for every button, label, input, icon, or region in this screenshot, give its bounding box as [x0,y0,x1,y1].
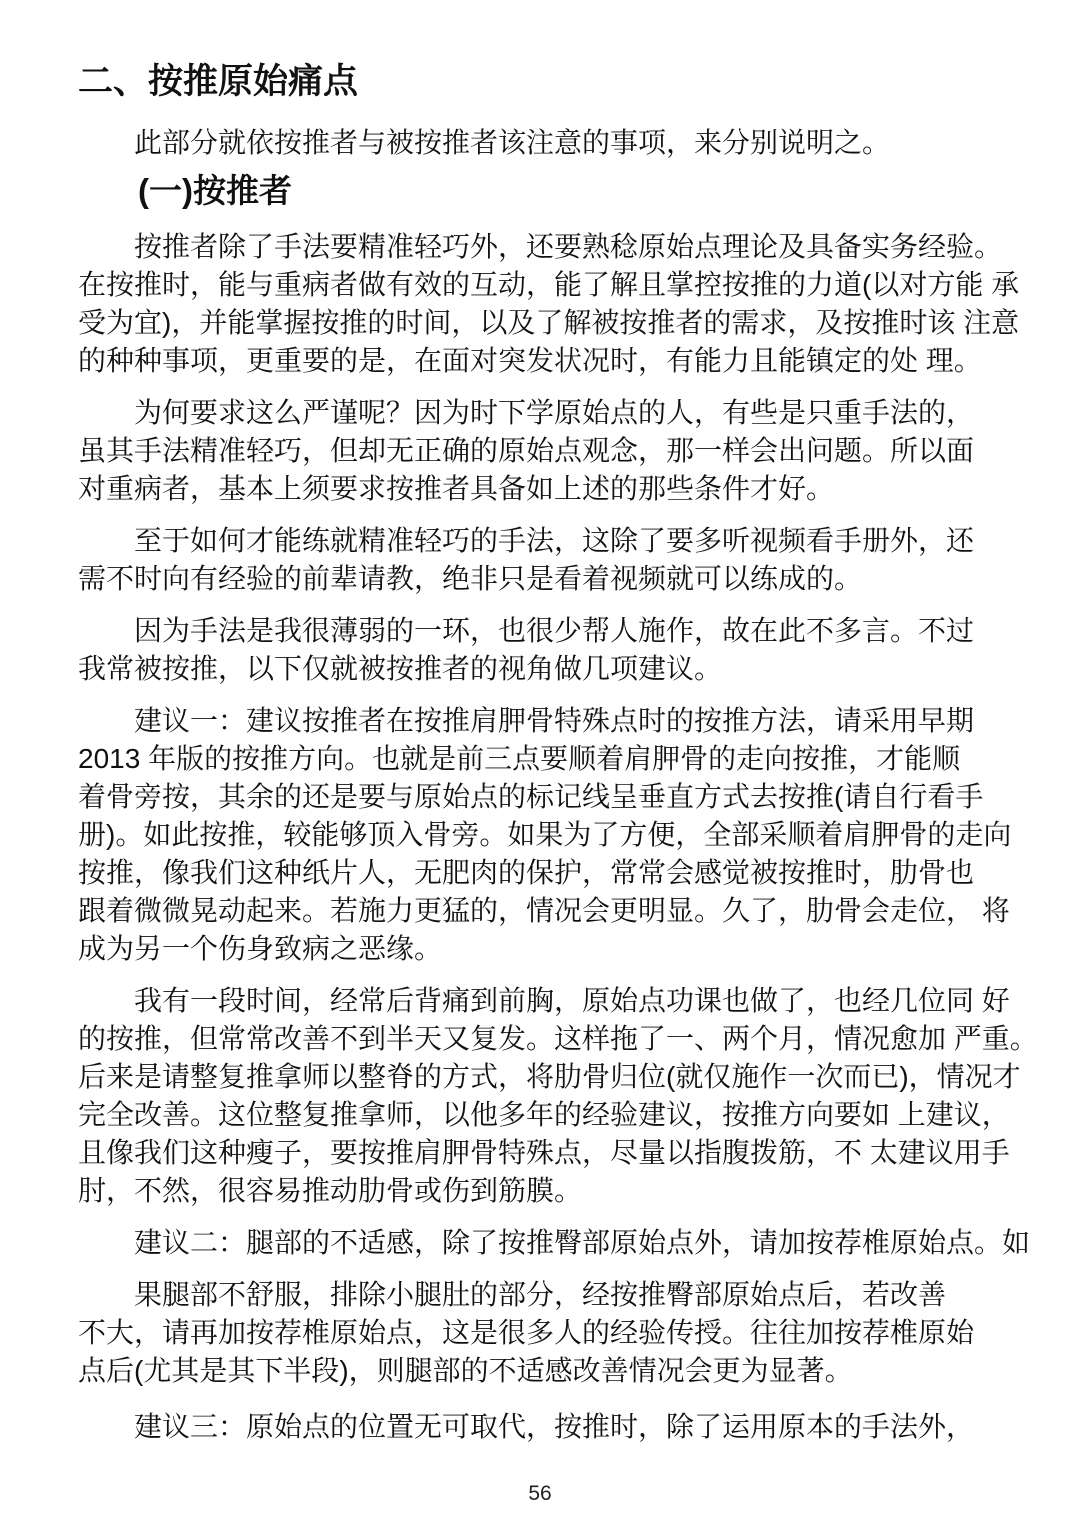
page-number: 56 [0,1482,1080,1506]
text-line: 成为另一个伤身致病之恶缘。 [78,930,1056,968]
text-line: 建议一：建议按推者在按推肩胛骨特殊点时的按推方法，请采用早期 [78,702,1056,740]
text-line: 着骨旁按，其余的还是要与原始点的标记线呈垂直方式去按推(请自行看手 [78,778,1056,816]
text-line: 按推，像我们这种纸片人，无肥肉的保护，常常会感觉被按推时，肋骨也 [78,854,1056,892]
text-line: 2013 年版的按推方向。也就是前三点要顺着肩胛骨的走向按推，才能顺 [78,740,1056,778]
text-line: 为何要求这么严谨呢？因为时下学原始点的人，有些是只重手法的， [78,394,1056,432]
paragraph: 建议一：建议按推者在按推肩胛骨特殊点时的按推方法，请采用早期 2013 年版的按… [78,702,1056,968]
paragraph: 因为手法是我很薄弱的一环，也很少帮人施作，故在此不多言。不过 我常被按推，以下仅… [78,612,1056,688]
text-line: 肘，不然，很容易推动肋骨或伤到筋膜。 [78,1172,1056,1210]
text-line: 我常被按推，以下仅就被按推者的视角做几项建议。 [78,650,1056,688]
text-line: 建议二：腿部的不适感，除了按推臀部原始点外，请加按荐椎原始点。如 [78,1224,1056,1262]
text-line: 我有一段时间，经常后背痛到前胸，原始点功课也做了，也经几位同 好 [78,982,1056,1020]
text-line: 因为手法是我很薄弱的一环，也很少帮人施作，故在此不多言。不过 [78,612,1056,650]
paragraph: 我有一段时间，经常后背痛到前胸，原始点功课也做了，也经几位同 好 的按推，但常常… [78,982,1056,1210]
text-line: 虽其手法精准轻巧，但却无正确的原始点观念，那一样会出问题。所以面 [78,432,1056,470]
subsection-heading: (一)按推者 [138,172,1056,210]
text-line: 需不时向有经验的前辈请教，绝非只是看着视频就可以练成的。 [78,560,1056,598]
text-line: 后来是请整复推拿师以整脊的方式，将肋骨归位(就仅施作一次而已)，情况才 [78,1058,1056,1096]
intro-text: 此部分就依按推者与被按推者该注意的事项，来分别说明之。 [78,124,1056,162]
section-heading: 二、按推原始痛点 [78,62,1056,102]
text-line: 且像我们这种瘦子，要按推肩胛骨特殊点，尽量以指腹拨筋，不 太建议用手 [78,1134,1056,1172]
text-line: 果腿部不舒服，排除小腿肚的部分，经按推臀部原始点后，若改善 [78,1276,1056,1314]
text-line: 册)。如此按推，较能够顶入骨旁。如果为了方便，全部采顺着肩胛骨的走向 [78,816,1056,854]
paragraph: 按推者除了手法要精准轻巧外，还要熟稔原始点理论及具备实务经验。 在按推时，能与重… [78,228,1056,380]
paragraph: 至于如何才能练就精准轻巧的手法，这除了要多听视频看手册外，还 需不时向有经验的前… [78,522,1056,598]
text-line: 的种种事项，更重要的是，在面对突发状况时，有能力且能镇定的处 理。 [78,342,1056,380]
text-line: 的按推，但常常改善不到半天又复发。这样拖了一、两个月，情况愈加 严重。 [78,1020,1056,1058]
text-line: 受为宜)，并能掌握按推的时间，以及了解被按推者的需求，及按推时该 注意 [78,304,1056,342]
text-line: 对重病者，基本上须要求按推者具备如上述的那些条件才好。 [78,470,1056,508]
text-line: 完全改善。这位整复推拿师，以他多年的经验建议，按推方向要如 上建议， [78,1096,1056,1134]
paragraph: 建议二：腿部的不适感，除了按推臀部原始点外，请加按荐椎原始点。如 [78,1224,1056,1262]
paragraph: 为何要求这么严谨呢？因为时下学原始点的人，有些是只重手法的， 虽其手法精准轻巧，… [78,394,1056,508]
text-line: 按推者除了手法要精准轻巧外，还要熟稔原始点理论及具备实务经验。 [78,228,1056,266]
text-line: 跟着微微晃动起来。若施力更猛的，情况会更明显。久了，肋骨会走位， 将 [78,892,1056,930]
paragraph: 建议三：原始点的位置无可取代，按推时，除了运用原本的手法外， [78,1408,1056,1446]
text-line: 点后(尤其是其下半段)，则腿部的不适感改善情况会更为显著。 [78,1352,1056,1390]
text-line: 在按推时，能与重病者做有效的互动，能了解且掌控按推的力道(以对方能 承 [78,266,1056,304]
text-line: 至于如何才能练就精准轻巧的手法，这除了要多听视频看手册外，还 [78,522,1056,560]
document-page: 二、按推原始痛点 此部分就依按推者与被按推者该注意的事项，来分别说明之。 (一)… [0,0,1080,1526]
text-line: 不大，请再加按荐椎原始点，这是很多人的经验传授。往往加按荐椎原始 [78,1314,1056,1352]
paragraph: 果腿部不舒服，排除小腿肚的部分，经按推臀部原始点后，若改善 不大，请再加按荐椎原… [78,1276,1056,1390]
text-line: 建议三：原始点的位置无可取代，按推时，除了运用原本的手法外， [78,1408,1056,1446]
